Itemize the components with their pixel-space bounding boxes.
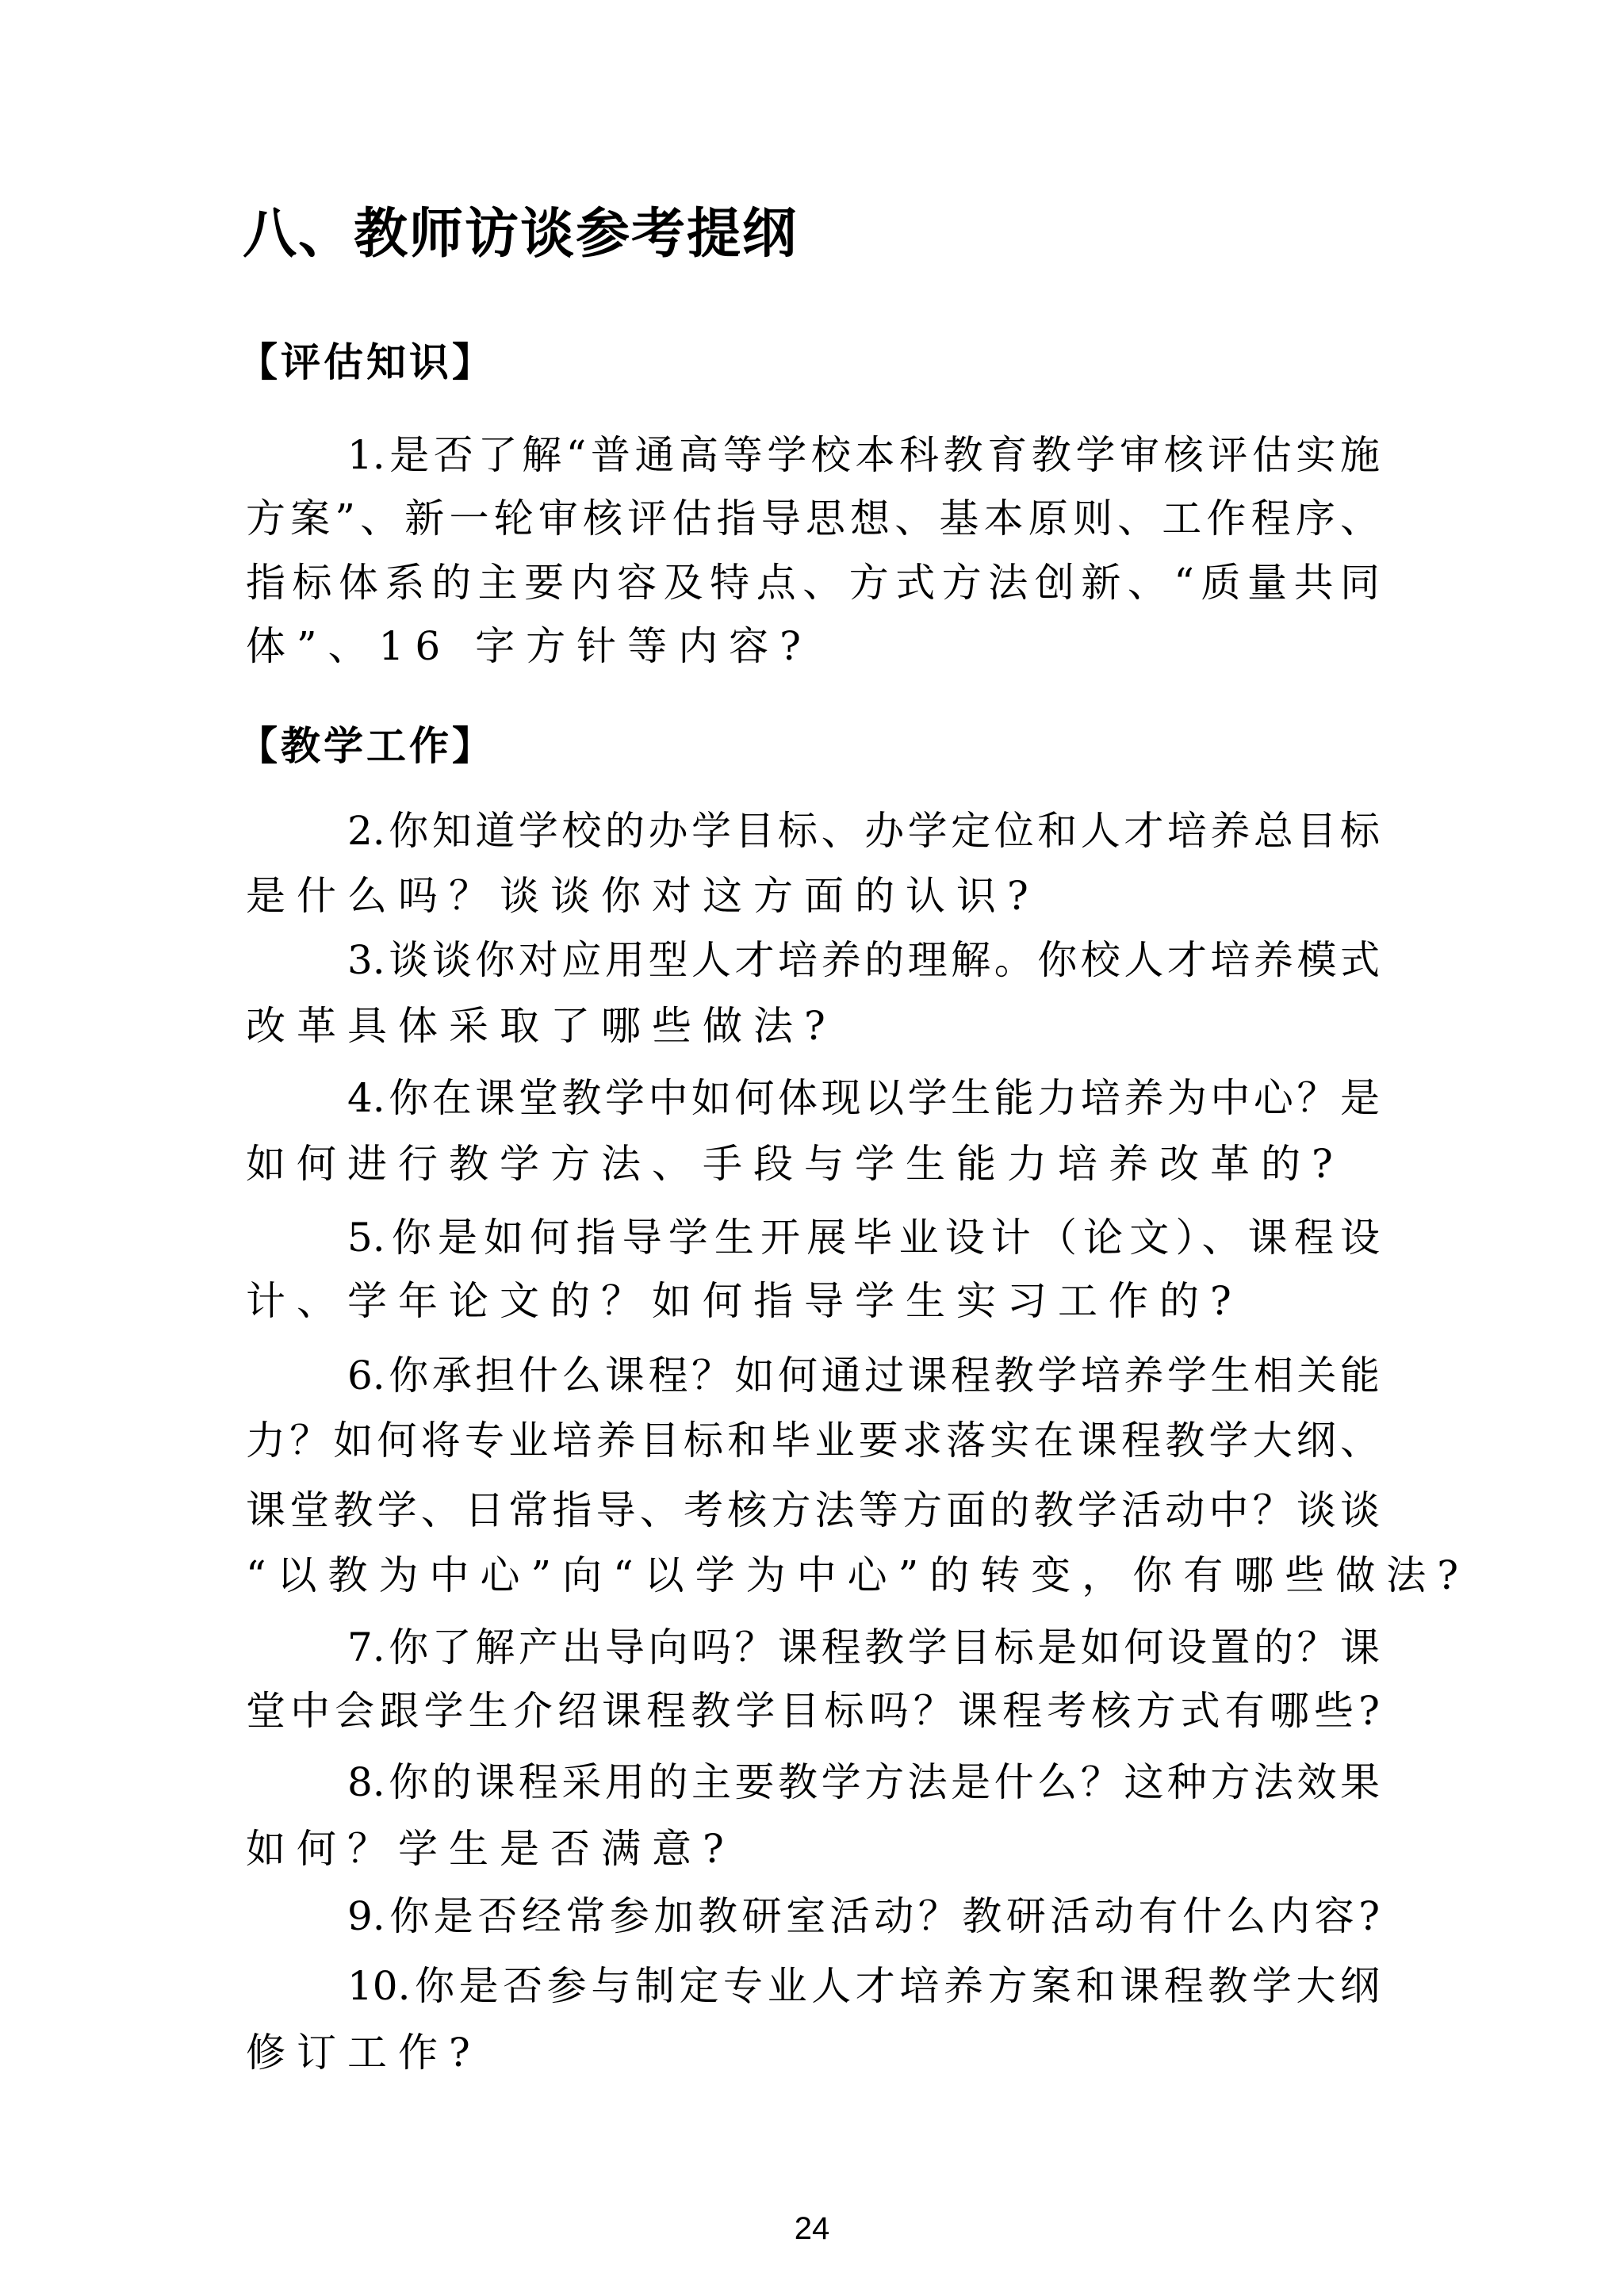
question-line: 方案”、新一轮审核评估指导思想、基本原则、工作程序、: [246, 493, 1380, 544]
question-line: 6.你承担什么课程？如何通过课程教学培养学生相关能: [347, 1350, 1380, 1401]
question-line: 改革具体采取了哪些做法?: [246, 1001, 1380, 1051]
question-line: 如何？学生是否满意?: [246, 1823, 1380, 1874]
question-line: 如何进行教学方法、手段与学生能力培养改革的?: [246, 1138, 1380, 1189]
question-line: 体”、16 字方针等内容?: [246, 621, 1380, 672]
question-line: 7.你了解产出导向吗？课程教学目标是如何设置的？课: [347, 1622, 1380, 1673]
section-heading-assessment-knowledge: 【评估知识】: [238, 337, 495, 388]
question-line: 计、学年论文的？如何指导学生实习工作的?: [246, 1276, 1380, 1326]
question-line: 力？如何将专业培养目标和毕业要求落实在课程教学大纲、: [246, 1415, 1380, 1466]
question-line: 课堂教学、日常指导、考核方法等方面的教学活动中？谈谈: [246, 1485, 1380, 1536]
question-line: 8.你的课程采用的主要教学方法是什么？这种方法效果: [347, 1757, 1380, 1808]
question-line: “以教为中心”向“以学为中心”的转变，你有哪些做法?: [246, 1550, 1380, 1601]
question-line: 5.你是如何指导学生开展毕业设计（论文）、课程设: [347, 1212, 1380, 1263]
section-heading-teaching-work: 【教学工作】: [238, 721, 495, 771]
document-page: 八、教师访谈参考提纲 【评估知识】 1.是否了解“普通高等学校本科教育教学审核评…: [0, 0, 1624, 2296]
question-line: 修订工作?: [246, 2027, 1380, 2078]
page-number: 24: [0, 2209, 1624, 2248]
question-line: 2.你知道学校的办学目标、办学定位和人才培养总目标: [347, 806, 1380, 856]
question-line: 1.是否了解“普通高等学校本科教育教学审核评估实施: [347, 430, 1380, 480]
question-line: 4.你在课堂教学中如何体现以学生能力培养为中心？是: [347, 1073, 1380, 1123]
question-line: 指标体系的主要内容及特点、方式方法创新、“质量共同: [246, 557, 1380, 608]
question-line: 是什么吗？谈谈你对这方面的认识?: [246, 871, 1380, 921]
question-line: 10.你是否参与制定专业人才培养方案和课程教学大纲: [347, 1961, 1380, 2011]
question-line: 3.谈谈你对应用型人才培养的理解。你校人才培养模式: [347, 935, 1380, 985]
question-line: 堂中会跟学生介绍课程教学目标吗？课程考核方式有哪些?: [246, 1686, 1380, 1736]
page-title: 八、教师访谈参考提纲: [243, 198, 798, 271]
question-line: 9.你是否经常参加教研室活动？教研活动有什么内容?: [347, 1891, 1380, 1942]
